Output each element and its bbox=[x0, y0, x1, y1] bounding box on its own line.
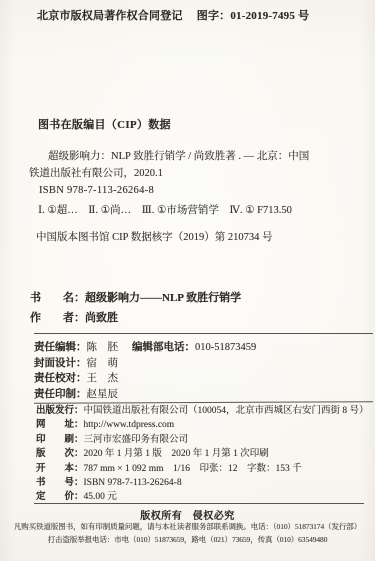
publisher-value: 中国铁道出版社有限公司（100054，北京市西城区右安门西街 8 号） bbox=[84, 406, 369, 416]
cip-title-line: 超级影响力：NLP 致胜行销学 / 尚致胜著 . — 北京：中国 bbox=[29, 148, 359, 165]
printer-row: 印 刷：三河市宏盛印务有限公司 bbox=[36, 433, 369, 447]
book-title-value: 超级影响力——NLP 致胜行销学 bbox=[85, 292, 241, 304]
edition-row: 版 次：2020 年 1 月第 1 版 2020 年 1 月第 1 次印刷 bbox=[36, 447, 369, 461]
piracy-hotline-line: 打击盗版举报电话：市电（010）51873659，路电（021）73659，传真… bbox=[48, 534, 328, 545]
copyright-page: 北京市版权局著作权合同登记 图字：01-2019-7495 号 图书在版编目（C… bbox=[0, 0, 375, 561]
book-info-block: 书 名：超级影响力——NLP 致胜行销学 作 者：尚致胜 bbox=[30, 289, 241, 328]
book-title-label: 书 名： bbox=[30, 292, 85, 304]
staff-row-editor: 责任编辑：陈 胚编辑部电话：010-51873459 bbox=[34, 340, 256, 356]
publisher-label: 出版发行： bbox=[36, 406, 84, 416]
cip-publisher-line: 铁道出版社有限公司，2020.1 bbox=[29, 165, 359, 182]
cover-design-label: 封面设计： bbox=[34, 358, 87, 369]
proofreader-name: 王 杰 bbox=[87, 373, 119, 384]
cip-classification-line: Ⅰ. ①超… Ⅱ. ①尚… Ⅲ. ①市场营销学 Ⅳ. ① F713.50 bbox=[38, 202, 292, 217]
staff-row-cover-design: 封面设计：宿 萌 bbox=[34, 356, 256, 372]
publication-details-block: 出版发行：中国铁道出版社有限公司（100054，北京市西城区右安门西街 8 号）… bbox=[36, 404, 369, 505]
price-label: 定 价： bbox=[36, 492, 84, 502]
book-title-row: 书 名：超级影响力——NLP 致胜行销学 bbox=[30, 289, 241, 309]
book-author-value: 尚致胜 bbox=[85, 312, 118, 324]
copyright-notice-title: 版权所有 侵权必究 bbox=[0, 507, 375, 522]
isbn-value: ISBN 978-7-113-26264-8 bbox=[84, 478, 182, 488]
isbn-row: 书 号：ISBN 978-7-113-26264-8 bbox=[36, 476, 369, 490]
print-supervisor-label: 责任印制： bbox=[34, 389, 87, 400]
divider-rule-bottom bbox=[34, 503, 364, 504]
format-row: 开 本：787 mm × 1 092 mm 1/16 印张：12 字数：153 … bbox=[36, 462, 369, 476]
format-label: 开 本： bbox=[36, 464, 84, 474]
registration-line: 北京市版权局著作权合同登记 图字：01-2019-7495 号 bbox=[37, 7, 309, 23]
editor-name: 陈 胚 bbox=[87, 342, 119, 353]
quality-exchange-notice-line: 凡购买铁道版图书，如有印制质量问题，请与本社读者服务部联系调换。电话：（010）… bbox=[14, 521, 361, 532]
editor-label: 责任编辑： bbox=[34, 342, 87, 353]
edition-value: 2020 年 1 月第 1 版 2020 年 1 月第 1 次印刷 bbox=[84, 449, 269, 459]
publisher-row: 出版发行：中国铁道出版社有限公司（100054，北京市西城区右安门西街 8 号） bbox=[36, 404, 369, 418]
website-row: 网 址：http://www.tdpress.com bbox=[36, 418, 369, 432]
proofreader-label: 责任校对： bbox=[34, 373, 87, 384]
price-value: 45.00 元 bbox=[84, 492, 117, 502]
cip-description-block: 超级影响力：NLP 致胜行销学 / 尚致胜著 . — 北京：中国 铁道出版社有限… bbox=[29, 148, 359, 199]
staff-credits-block: 责任编辑：陈 胚编辑部电话：010-51873459 封面设计：宿 萌 责任校对… bbox=[34, 340, 256, 403]
cip-heading: 图书在版编目（CIP）数据 bbox=[38, 116, 171, 132]
editorial-phone-label: 编辑部电话： bbox=[132, 342, 195, 353]
staff-row-print-supervisor: 责任印制：赵星辰 bbox=[34, 387, 256, 403]
format-value: 787 mm × 1 092 mm 1/16 印张：12 字数：153 千 bbox=[84, 464, 302, 474]
website-value: http://www.tdpress.com bbox=[84, 420, 175, 430]
cover-designer-name: 宿 萌 bbox=[87, 358, 119, 369]
website-label: 网 址： bbox=[36, 420, 84, 430]
editorial-phone-number: 010-51873459 bbox=[195, 342, 256, 353]
printer-value: 三河市宏盛印务有限公司 bbox=[84, 435, 189, 445]
cip-record-number-line: 中国版本图书馆 CIP 数据核字（2019）第 210734 号 bbox=[36, 229, 272, 244]
printer-label: 印 刷： bbox=[36, 435, 84, 445]
print-supervisor-name: 赵星辰 bbox=[87, 389, 119, 400]
staff-row-proofreader: 责任校对：王 杰 bbox=[34, 371, 256, 387]
isbn-label: 书 号： bbox=[36, 478, 84, 488]
book-author-row: 作 者：尚致胜 bbox=[30, 309, 241, 329]
edition-label: 版 次： bbox=[36, 449, 84, 459]
divider-rule-top bbox=[34, 333, 373, 334]
cip-isbn-line: ISBN 978-7-113-26264-8 bbox=[39, 182, 359, 199]
book-author-label: 作 者： bbox=[30, 312, 85, 324]
